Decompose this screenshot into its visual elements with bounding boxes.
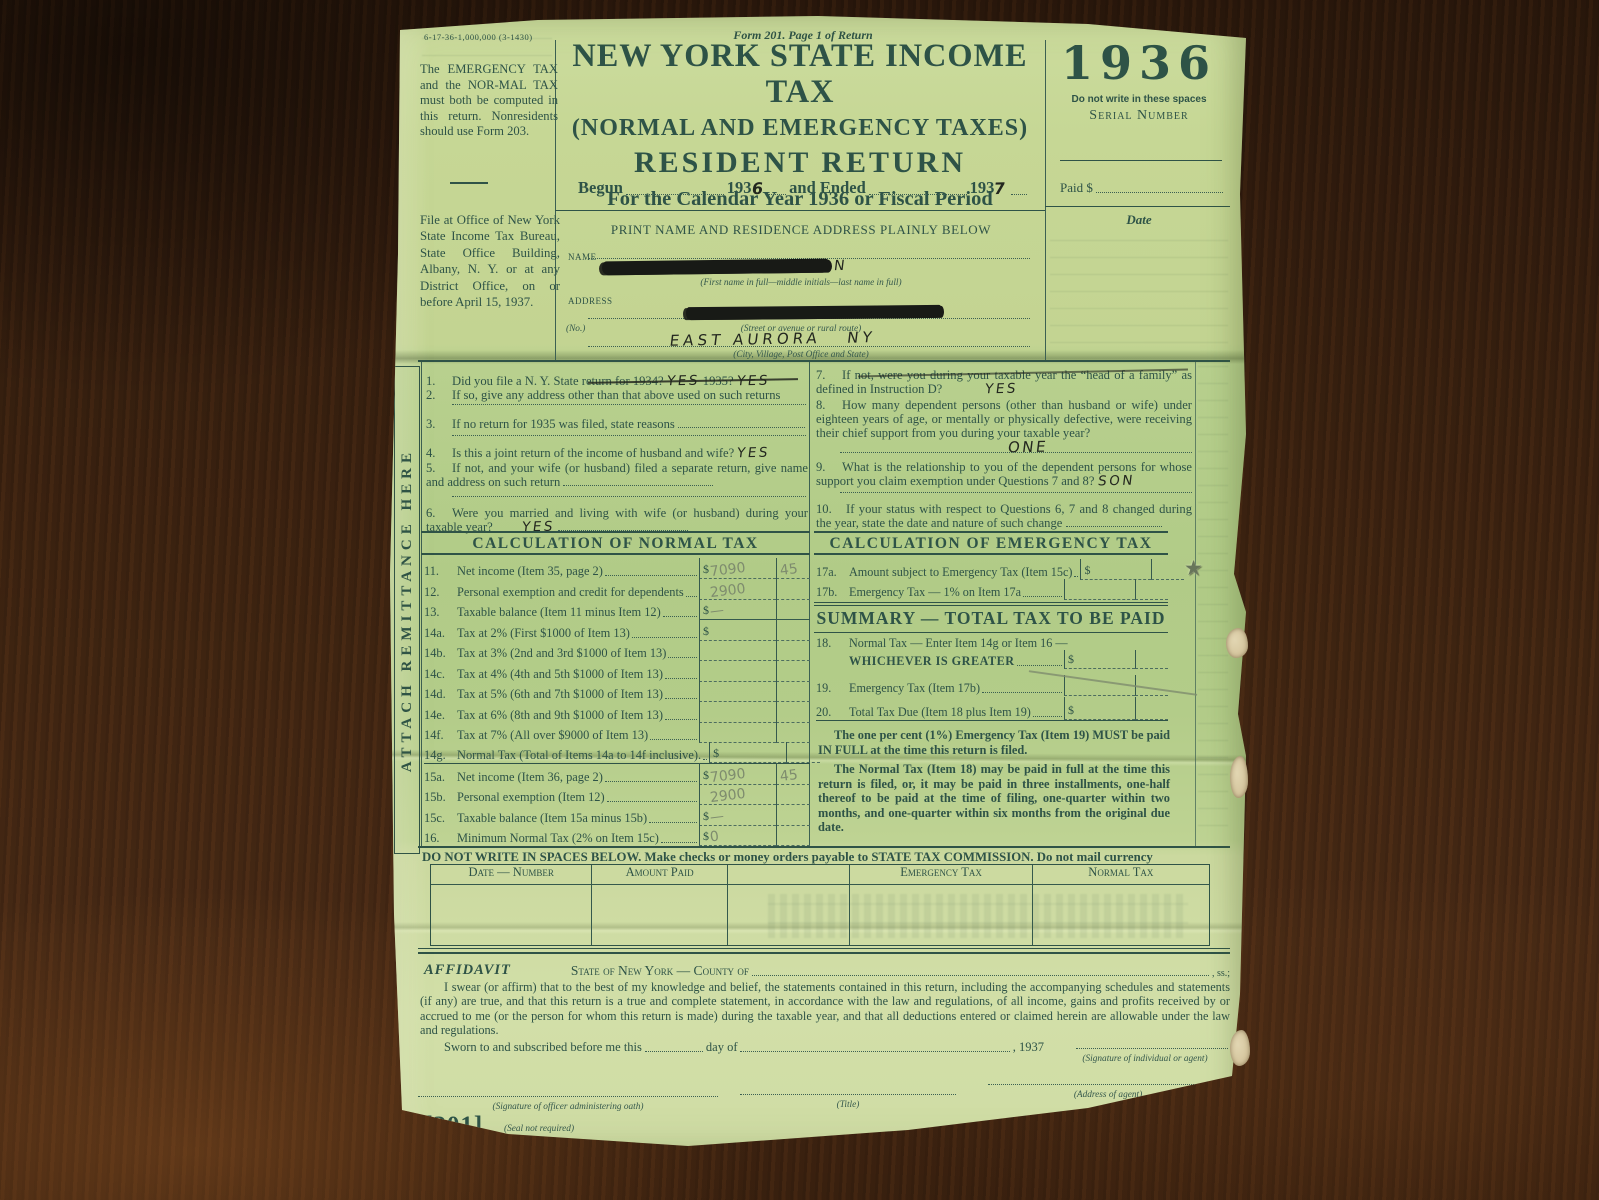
item-label: Emergency Tax (Item 17b): [849, 681, 980, 696]
cents-cell: [776, 660, 810, 681]
answer-entry: YES: [736, 446, 771, 461]
tax-row: 14c.Tax at 4% (4th and 5th $1000 of Item…: [424, 661, 810, 681]
title-line: [740, 1094, 956, 1095]
cents-cell: 45: [776, 558, 810, 579]
ended-year-printed: 193: [970, 178, 995, 198]
cents-cell: [786, 742, 820, 763]
cents-cell: 45: [776, 763, 810, 784]
amount-cell: $: [699, 619, 776, 640]
item-number: 14b.: [424, 646, 457, 661]
answer-entry: YES: [985, 382, 1020, 397]
cents-cell: [776, 599, 810, 620]
amount-cell: [699, 701, 776, 722]
dotted-leader: [649, 822, 697, 823]
item-label: Taxable balance (Item 11 minus Item 12): [457, 605, 661, 620]
item-label: Emergency Tax — 1% on Item 17a: [849, 585, 1021, 600]
page-title: NEW YORK STATE INCOME TAX: [561, 38, 1039, 110]
amount-cell: $0: [699, 825, 776, 846]
item-number: 18.: [816, 636, 849, 651]
empty-cell: [728, 885, 851, 945]
question-2: 2.If so, give any address other than tha…: [426, 388, 808, 402]
city-caption: (City, Village, Post Office and State): [558, 350, 1044, 360]
paid-label: Paid $: [1060, 180, 1093, 196]
print-code: 6-17-36-1,000,000 (3-1430): [424, 32, 533, 42]
dotted-leader: [1011, 194, 1027, 195]
column-header: [728, 865, 851, 884]
question-4: 4.Is this a joint return of the income o…: [426, 446, 808, 460]
tax-row: 14d.Tax at 5% (6th and 7th $1000 of Item…: [424, 682, 810, 702]
amount-cell: $—: [699, 599, 776, 620]
item-label: Taxable balance (Item 15a minus 15b): [457, 811, 647, 826]
item-number: 17a.: [816, 565, 849, 580]
payment-table-header: Date — Number Amount Paid Emergency Tax …: [431, 865, 1209, 885]
item-number: 14d.: [424, 687, 457, 702]
amount-cell: [1064, 579, 1135, 600]
title-caption: (Title): [740, 1100, 956, 1110]
agent-address-line: [988, 1084, 1228, 1085]
checks-instruction: Make checks or money orders payable to S…: [644, 850, 1152, 864]
question-3: 3.If no return for 1935 was filed, state…: [426, 417, 808, 431]
summary-row-20: 20.Total Tax Due (Item 18 plus Item 19) …: [816, 698, 1168, 721]
amount-cell: [699, 722, 776, 743]
tax-row: 16.Minimum Normal Tax (2% on Item 15c)$0: [424, 826, 810, 846]
dotted-leader: [1066, 526, 1162, 527]
item-number: 12.: [424, 585, 457, 600]
city-line: [588, 346, 1030, 347]
column-header: Amount Paid: [592, 865, 727, 884]
column-header: Date — Number: [431, 865, 592, 884]
double-rule: [418, 948, 1230, 954]
amount-cell: $: [1064, 650, 1135, 669]
answer-line: [452, 435, 806, 436]
dotted-leader: [650, 739, 697, 740]
normal-tax-rows: 11.Net income (Item 35, page 2)$709045 1…: [424, 559, 810, 846]
agent-address-caption: (Address of agent): [988, 1090, 1228, 1100]
dotted-leader: [665, 678, 697, 679]
empty-cell: [1033, 885, 1209, 945]
year-1937: , 1937: [1013, 1040, 1044, 1055]
answer-entry: SON: [1097, 474, 1136, 489]
dollar-sign: $: [1068, 652, 1074, 667]
rule-line: [1060, 160, 1222, 161]
summary-row-18: 18.Normal Tax — Enter Item 14g or Item 1…: [816, 636, 1168, 669]
dollar-sign: $: [703, 829, 709, 844]
star-staple-mark: ★: [1184, 556, 1203, 580]
item-number: 15c.: [424, 811, 457, 826]
jurisdiction-text: State of New York — County of: [571, 963, 749, 979]
item-number: 14e.: [424, 708, 457, 723]
cents-cell: [1135, 650, 1168, 669]
dollar-sign: $: [703, 768, 709, 783]
dotted-leader: [1074, 576, 1078, 577]
dotted-leader: [626, 194, 724, 195]
day-of-label: day of: [706, 1040, 738, 1055]
date-label: Date: [1048, 212, 1230, 228]
dotted-leader: [1033, 716, 1062, 717]
subtitle: (NORMAL AND EMERGENCY TAXES): [556, 114, 1044, 142]
serial-number-label: Serial Number: [1048, 108, 1230, 124]
cents-cell: [776, 784, 810, 805]
dotted-leader: [678, 417, 805, 428]
item-number: 19.: [816, 681, 849, 696]
torn-edge-spot: [1230, 1030, 1250, 1066]
torn-edge-spot: [1230, 756, 1248, 798]
amount-cell: $7090: [699, 558, 776, 579]
cents-cell: [1135, 697, 1168, 720]
subtitle-resident: RESIDENT RETURN: [556, 146, 1044, 179]
item-number: 15a.: [424, 770, 457, 785]
question-number: 1.: [426, 374, 452, 388]
item-label: Amount subject to Emergency Tax (Item 15…: [849, 565, 1072, 580]
seal-note: (Seal not required): [504, 1124, 574, 1134]
tax-row: 15b.Personal exemption (Item 12)2900: [424, 785, 810, 805]
dotted-leader: [645, 1051, 703, 1052]
item-number: 17b.: [816, 585, 849, 600]
dotted-leader: [663, 616, 697, 617]
question-number: 10.: [816, 502, 846, 516]
tax-row: 17a.Amount subject to Emergency Tax (Ite…: [816, 560, 1168, 580]
emergency-payment-note: The one per cent (1%) Emergency Tax (Ite…: [818, 728, 1170, 757]
dotted-leader: [605, 781, 697, 782]
item-label: Tax at 2% (First $1000 of Item 13): [457, 626, 630, 641]
begun-year-entry: 6: [750, 179, 766, 198]
torn-edge-spot: [1226, 628, 1248, 658]
dotted-leader: [1023, 596, 1062, 597]
dotted-leader: [703, 759, 707, 760]
begun-label: Begun: [578, 178, 623, 198]
handwritten-cents: 45: [779, 561, 799, 579]
affidavit-body: I swear (or affirm) that to the best of …: [420, 980, 1230, 1037]
dotted-leader: [632, 637, 697, 638]
item-label: Normal Tax — Enter Item 14g or Item 16 —: [849, 636, 1068, 651]
normal-tax-header: CALCULATION OF NORMAL TAX: [421, 531, 810, 555]
question-number: 5.: [426, 461, 452, 475]
tax-row: 14a.Tax at 2% (First $1000 of Item 13)$: [424, 620, 810, 640]
individual-signature-caption: (Signature of individual or agent): [1060, 1054, 1230, 1064]
tax-row: 15c.Taxable balance (Item 15a minus 15b)…: [424, 805, 810, 825]
tax-row: 17b.Emergency Tax — 1% on Item 17a: [816, 580, 1168, 600]
dollar-sign: $: [703, 624, 709, 639]
cents-cell: [776, 722, 810, 743]
cents-cell: [776, 619, 810, 640]
answer-line: [840, 452, 1192, 453]
payment-table: Date — Number Amount Paid Emergency Tax …: [430, 864, 1210, 946]
question-text: If so, give any address other than that …: [452, 388, 780, 402]
tax-row: 12.Personal exemption and credit for dep…: [424, 579, 810, 599]
dash-mark: [450, 182, 488, 184]
item-label: Tax at 3% (2nd and 3rd $1000 of Item 13): [457, 646, 666, 661]
item-number: 15b.: [424, 790, 457, 805]
dotted-leader: [1096, 192, 1223, 193]
dotted-leader: [768, 194, 786, 195]
form-year-bracket: [1936]: [1124, 1106, 1197, 1134]
payment-table-body: [431, 885, 1209, 945]
section-rule: [418, 846, 1230, 848]
cents-cell: [776, 681, 810, 702]
computation-note: The EMERGENCY TAX and the NOR-MAL TAX mu…: [420, 62, 558, 140]
question-8: 8.How many dependent persons (other than…: [816, 398, 1192, 441]
address-line: [588, 318, 1030, 319]
answer-entry: ONE: [1007, 438, 1049, 457]
dotted-leader: [607, 801, 697, 802]
officer-signature-line: [418, 1096, 718, 1097]
rule-line: [1045, 40, 1046, 360]
item-number: 16.: [424, 831, 457, 846]
address-redaction: [686, 305, 942, 319]
amount-cell: $: [1064, 697, 1135, 720]
ss-abbrev: , ss.;: [1212, 968, 1230, 979]
item-label: Tax at 5% (6th and 7th $1000 of Item 13): [457, 687, 663, 702]
dotted-leader: [1017, 665, 1062, 666]
question-number: 4.: [426, 446, 452, 460]
cents-cell: [1151, 559, 1184, 580]
item-label: Net income (Item 36, page 2): [457, 770, 603, 785]
amount-cell: [699, 640, 776, 661]
dollar-sign: $: [713, 746, 719, 761]
name-redaction: [602, 259, 830, 275]
item-number: 11.: [424, 564, 457, 579]
handwritten-amount: 0: [709, 829, 720, 846]
question-9: 9.What is the relationship to you of the…: [816, 460, 1192, 488]
cents-cell: [776, 578, 810, 599]
dollar-sign: $: [703, 603, 709, 618]
cents-cell: [1135, 579, 1168, 600]
dotted-leader: [686, 596, 697, 597]
question-number: 6.: [426, 506, 452, 520]
item-number: 20.: [816, 705, 849, 720]
question-text: How many dependent persons (other than h…: [816, 398, 1192, 440]
tax-row: 14f.Tax at 7% (All over $9000 of Item 13…: [424, 723, 810, 743]
cents-cell: [776, 701, 810, 722]
signature-line: [1076, 1048, 1228, 1049]
dollar-sign: $: [703, 562, 709, 577]
rule-line: [1045, 206, 1230, 207]
ended-year-entry: 7: [993, 179, 1009, 198]
question-5: 5.If not, and your wife (or husband) fil…: [426, 461, 808, 489]
summary-header: SUMMARY — TOTAL TAX TO BE PAID: [814, 608, 1168, 633]
fiscal-period-line: Begun 193 6 and Ended 193 7: [578, 178, 1030, 198]
sworn-prefix: Sworn to and subscribed before me this: [444, 1040, 642, 1055]
paid-row: Paid $: [1060, 180, 1226, 196]
amount-cell: 2900: [699, 784, 776, 805]
tax-row: 14b.Tax at 3% (2nd and 3rd $1000 of Item…: [424, 641, 810, 661]
question-number: 3.: [426, 417, 452, 431]
cents-cell: [776, 640, 810, 661]
amount-cell: $7090: [699, 763, 776, 784]
question-number: 9.: [816, 460, 842, 474]
dotted-leader: [668, 657, 697, 658]
double-rule: [814, 602, 1168, 606]
amount-cell: [699, 660, 776, 681]
tax-row: 14e.Tax at 6% (8th and 9th $1000 of Item…: [424, 702, 810, 722]
dotted-leader: [665, 698, 697, 699]
empty-cell: [431, 885, 592, 945]
item-label: Minimum Normal Tax (2% on Item 15c): [457, 831, 659, 846]
section-rule: [418, 360, 1230, 362]
column-header: Normal Tax: [1033, 865, 1209, 884]
attach-remittance-label: ATTACH REMITTANCE HERE: [399, 448, 416, 772]
name-caption: (First name in full—middle initials—last…: [558, 278, 1044, 288]
answer-entry: YES: [736, 374, 771, 389]
item-number: 14a.: [424, 626, 457, 641]
name-visible-letter: N: [833, 258, 848, 274]
question-10: 10.If your status with respect to Questi…: [816, 502, 1192, 530]
item-label: Normal Tax (Total of Items 14a to 14f in…: [457, 748, 701, 763]
dotted-leader: [563, 485, 713, 486]
dotted-leader: [661, 842, 697, 843]
handwritten-amount: —: [709, 603, 725, 621]
rule-line: [421, 362, 422, 846]
dotted-leader: [982, 692, 1062, 693]
item-number: 14c.: [424, 667, 457, 682]
form-number-bracket: [201]: [424, 1112, 483, 1140]
name-block-heading: PRINT NAME AND RESIDENCE ADDRESS PLAINLY…: [558, 222, 1044, 238]
rule-line: [1195, 362, 1196, 846]
item-label: Tax at 4% (4th and 5th $1000 of Item 13): [457, 667, 663, 682]
tax-row: 15a.Net income (Item 36, page 2)$709045: [424, 764, 810, 784]
question-number: 2.: [426, 388, 452, 402]
tax-row: 14g.Normal Tax (Total of Items 14a to 14…: [424, 743, 810, 764]
begun-year-printed: 193: [727, 178, 752, 198]
affidavit-heading-row: AFFIDAVIT State of New York — County of …: [424, 962, 1230, 979]
question-number: 8.: [816, 398, 842, 412]
answer-line: [452, 496, 806, 497]
answer-line: [840, 492, 1192, 493]
question-text: Is this a joint return of the income of …: [452, 446, 734, 460]
item-label: Personal exemption and credit for depend…: [457, 585, 684, 600]
answer-line: [452, 404, 806, 405]
affidavit-label: AFFIDAVIT: [424, 962, 511, 979]
summary-row-19: 19.Emergency Tax (Item 17b): [816, 676, 1168, 696]
attach-remittance-strip: ATTACH REMITTANCE HERE: [394, 366, 420, 854]
dollar-sign: $: [1068, 703, 1074, 718]
item-number: 14f.: [424, 728, 457, 743]
bleed-through-ghost: [1050, 240, 1228, 358]
empty-cell: [592, 885, 727, 945]
sworn-row: Sworn to and subscribed before me this d…: [444, 1040, 1044, 1055]
cents-cell: [776, 825, 810, 846]
item-label: Net income (Item 35, page 2): [457, 564, 603, 579]
item-label: Tax at 6% (8th and 9th $1000 of Item 13): [457, 708, 663, 723]
item-label: Tax at 7% (All over $9000 of Item 13): [457, 728, 648, 743]
emergency-tax-header: CALCULATION OF EMERGENCY TAX: [814, 531, 1168, 555]
year-stamp: 1936: [1048, 36, 1230, 90]
normal-payment-note: The Normal Tax (Item 18) may be paid in …: [818, 762, 1170, 835]
dotted-leader: [752, 975, 1209, 976]
item-number: 13.: [424, 605, 457, 620]
column-header: Emergency Tax: [850, 865, 1032, 884]
item-label: Total Tax Due (Item 18 plus Item 19): [849, 705, 1031, 720]
photo-scene: 6-17-36-1,000,000 (3-1430) Form 201. Pag…: [0, 0, 1599, 1200]
amount-cell: $—: [699, 804, 776, 825]
do-not-write-warning: DO NOT WRITE IN SPACES BELOW.: [422, 850, 641, 864]
empty-cell: [850, 885, 1032, 945]
ended-label: and Ended: [789, 178, 866, 198]
dotted-leader: [605, 575, 697, 576]
address-label: ADDRESS: [568, 296, 613, 306]
payment-instruction: DO NOT WRITE IN SPACES BELOW. Make check…: [422, 850, 1230, 865]
question-text: If no return for 1935 was filed, state r…: [452, 417, 675, 431]
dollar-sign: $: [703, 809, 709, 824]
item-label-2: WHICHEVER IS GREATER: [849, 654, 1015, 669]
officer-signature-caption: (Signature of officer administering oath…: [418, 1102, 718, 1112]
name-label: NAME: [568, 252, 597, 262]
tax-row: 11.Net income (Item 35, page 2)$709045: [424, 559, 810, 579]
bleed-through-ghost: [1198, 366, 1228, 842]
dollar-sign: $: [1084, 563, 1090, 578]
amount-cell: $: [709, 742, 786, 763]
amount-cell: [699, 681, 776, 702]
item-label: Personal exemption (Item 12): [457, 790, 605, 805]
handwritten-amount: —: [709, 808, 725, 826]
filing-note: File at Office of New York State Income …: [420, 212, 560, 310]
dotted-leader: [740, 1051, 1009, 1052]
question-number: 7.: [816, 368, 842, 382]
handwritten-cents: 45: [779, 767, 799, 785]
item-number: 14g.: [424, 748, 457, 763]
dotted-leader: [869, 194, 967, 195]
no-write-instruction: Do not write in these spaces: [1048, 94, 1230, 105]
dotted-leader: [665, 719, 697, 720]
amount-cell: 2900: [699, 578, 776, 599]
amount-cell: $: [1080, 559, 1151, 580]
tax-row: 13.Taxable balance (Item 11 minus Item 1…: [424, 600, 810, 620]
tax-form-paper: 6-17-36-1,000,000 (3-1430) Form 201. Pag…: [388, 14, 1246, 1154]
cents-cell: [776, 804, 810, 825]
